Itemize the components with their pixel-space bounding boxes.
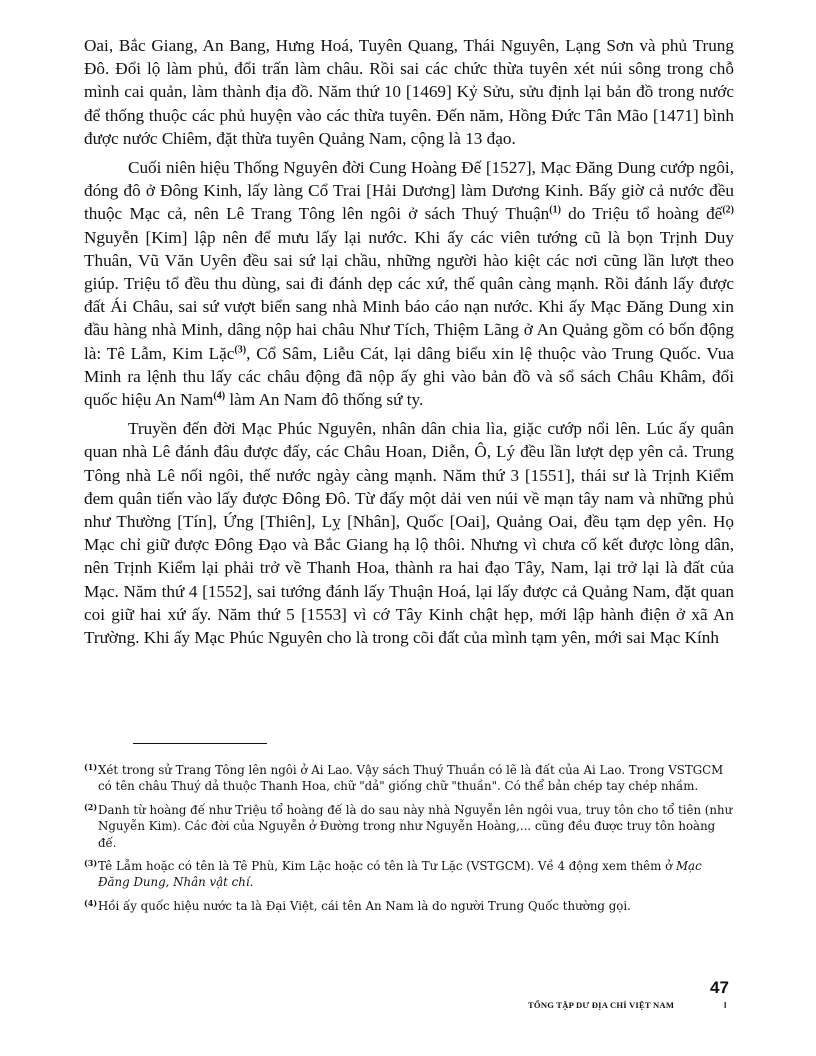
paragraph-text: làm An Nam đô thống sứ ty. <box>225 390 423 409</box>
footnote-ref-1: (1) <box>549 205 561 216</box>
paragraph-text: Truyền đến đời Mạc Phúc Nguyên, nhân dân… <box>84 419 734 647</box>
footnote-ref-2: (2) <box>722 205 734 216</box>
paragraph-3: Truyền đến đời Mạc Phúc Nguyên, nhân dân… <box>84 417 734 649</box>
paragraph-text: Oai, Bắc Giang, An Bang, Hưng Hoá, Tuyên… <box>84 36 734 148</box>
paragraph-1: Oai, Bắc Giang, An Bang, Hưng Hoá, Tuyên… <box>84 34 734 150</box>
footnote-ref-3: (3) <box>234 344 246 355</box>
footnote-mark: (2) <box>84 799 97 815</box>
paragraph-text: do Triệu tổ hoàng đế <box>561 204 722 223</box>
footnote-text: Hồi ấy quốc hiệu nước ta là Đại Việt, cá… <box>98 899 631 913</box>
footnote-2: (2)Danh từ hoàng đế như Triệu tổ hoàng đ… <box>84 802 734 851</box>
footnote-3: (3)Tê Lẫm hoặc có tên là Tê Phù, Kim Lặc… <box>84 858 734 891</box>
main-text: Oai, Bắc Giang, An Bang, Hưng Hoá, Tuyên… <box>84 34 734 649</box>
running-title: TỔNG TẬP DƯ ĐỊA CHÍ VIỆT NAM <box>528 1000 674 1010</box>
paragraph-2: Cuối niên hiệu Thống Nguyên đời Cung Hoà… <box>84 156 734 411</box>
footnote-mark: (3) <box>84 855 97 871</box>
footnote-ref-4: (4) <box>213 390 225 401</box>
footnote-mark: (4) <box>84 895 97 911</box>
footnote-text: Xét trong sử Trang Tông lên ngôi ở Ai La… <box>98 763 723 793</box>
footnote-separator <box>133 743 267 744</box>
footnotes: (1)Xét trong sử Trang Tông lên ngôi ở Ai… <box>84 762 734 921</box>
footnote-text: Tê Lẫm hoặc có tên là Tê Phù, Kim Lặc ho… <box>98 859 676 873</box>
footnote-mark: (1) <box>84 759 97 775</box>
paragraph-text: Nguyễn [Kim] lập nên để mưu lấy lại nước… <box>84 228 734 363</box>
footnote-4: (4)Hồi ấy quốc hiệu nước ta là Đại Việt,… <box>84 898 734 914</box>
footnote-text: Danh từ hoàng đế như Triệu tổ hoàng đế l… <box>98 803 732 850</box>
body-text-column: Oai, Bắc Giang, An Bang, Hưng Hoá, Tuyên… <box>84 34 734 655</box>
page-number: 47 <box>710 978 729 998</box>
footnote-1: (1)Xét trong sử Trang Tông lên ngôi ở Ai… <box>84 762 734 795</box>
footer-tick: I <box>724 1000 726 1010</box>
